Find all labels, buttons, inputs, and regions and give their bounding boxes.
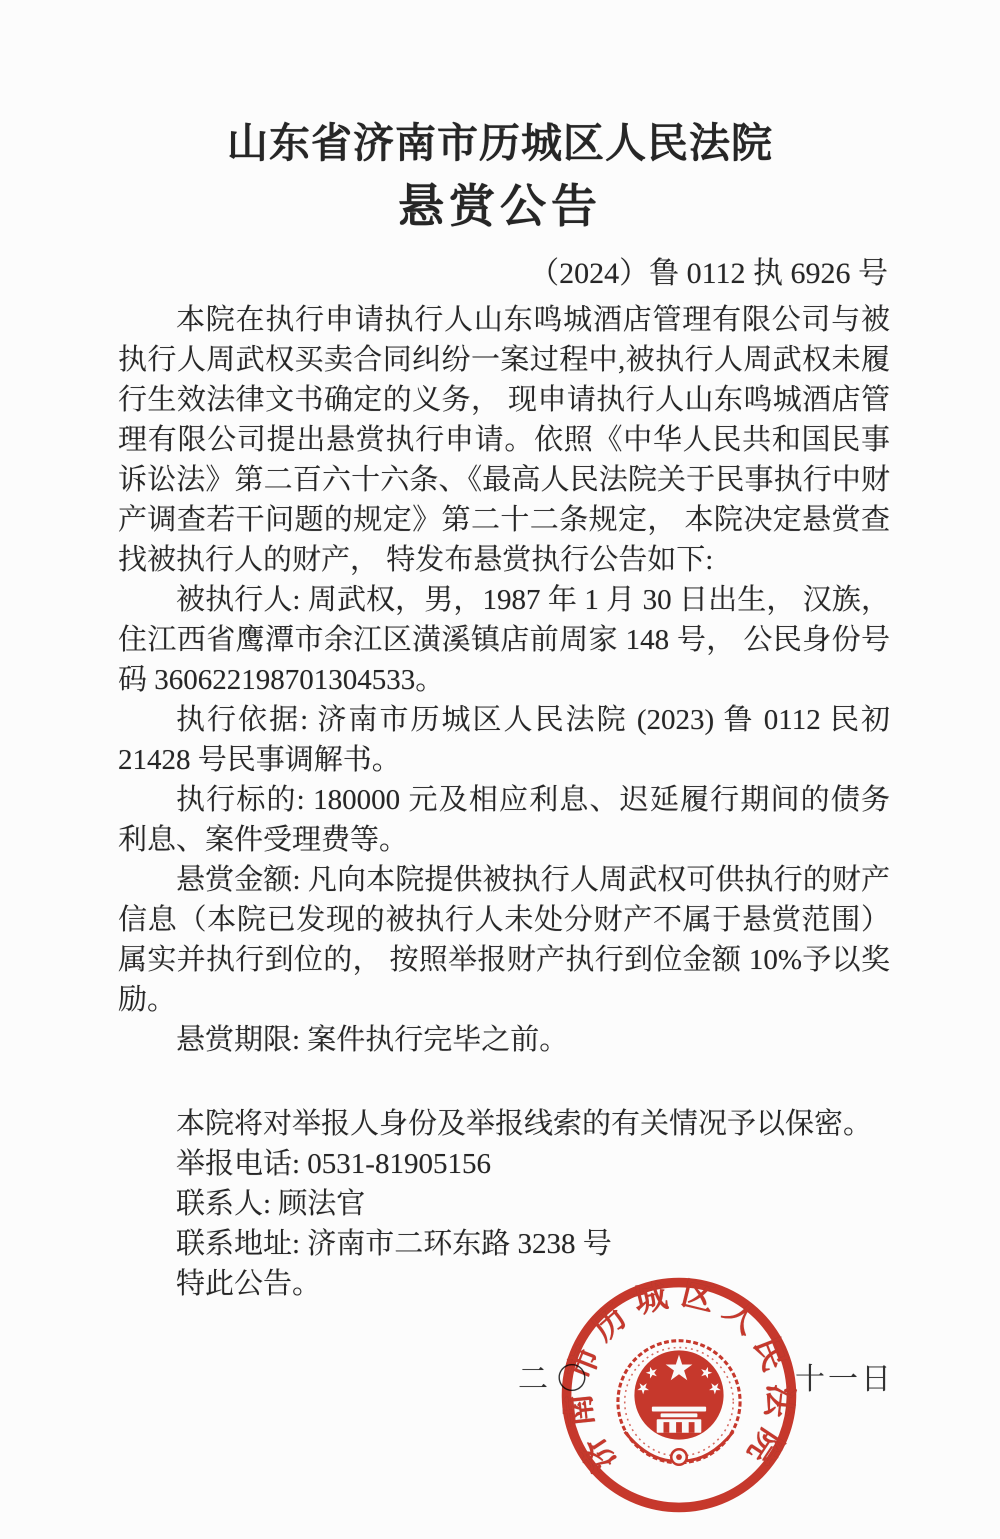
official-seal: 济南市历城区人民法院 [553, 1269, 805, 1521]
body-paragraph: 悬赏金额: 凡向本院提供被执行人周武权可供执行的财产信息（本院已发现的被执行人未… [118, 860, 890, 1020]
contact-person-line: 联系人: 顾法官 [118, 1184, 890, 1224]
body-paragraph: 被执行人: 周武权，男，1987 年 1 月 30 日出生， 汉族，住江西省鹰潭… [118, 580, 890, 700]
contact-address-line: 联系地址: 济南市二环东路 3238 号 [118, 1224, 890, 1264]
gear-hub [676, 1454, 682, 1460]
body-paragraph: 执行依据: 济南市历城区人民法院 (2023) 鲁 0112 民初 21428 … [118, 700, 890, 780]
date-right-fragment: 十一日 [795, 1362, 894, 1398]
report-phone-line: 举报电话: 0531-81905156 [118, 1144, 890, 1184]
notice-title: 悬赏公告 [0, 180, 1000, 234]
notice-body: 本院在执行申请执行人山东鸣城酒店管理有限公司与被执行人周武权买卖合同纠纷一案过程… [118, 300, 890, 1304]
gate-icon [652, 1407, 706, 1433]
national-emblem-icon [618, 1341, 740, 1465]
document-page: 山东省济南市历城区人民法院 悬赏公告 （2024）鲁 0112 执 6926 号… [0, 0, 1000, 1539]
case-number: （2024）鲁 0112 执 6926 号 [118, 256, 888, 292]
confidentiality-note: 本院将对举报人身份及举报线索的有关情况予以保密。 [118, 1104, 890, 1144]
court-name: 山东省济南市历城区人民法院 [0, 0, 1000, 168]
body-paragraph: 悬赏期限: 案件执行完毕之前。 [118, 1020, 890, 1060]
body-paragraph: 本院在执行申请执行人山东鸣城酒店管理有限公司与被执行人周武权买卖合同纠纷一案过程… [118, 300, 890, 580]
body-paragraph: 执行标的: 180000 元及相应利息、迟延履行期间的债务利息、案件受理费等。 [118, 780, 890, 860]
